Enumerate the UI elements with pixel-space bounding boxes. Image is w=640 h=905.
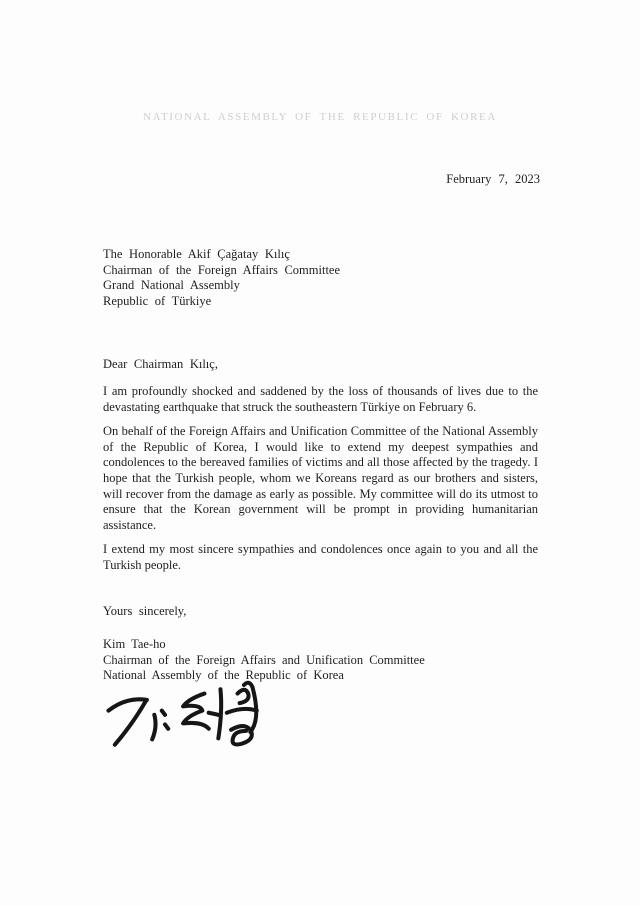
handwritten-signature (101, 678, 261, 756)
letterhead-embossed-text: NATIONAL ASSEMBLY OF THE REPUBLIC OF KOR… (0, 111, 640, 123)
body-paragraph-2: On behalf of the Foreign Affairs and Uni… (103, 424, 538, 533)
letter-date: February 7, 2023 (446, 172, 540, 187)
body-paragraph-3: I extend my most sincere sympathies and … (103, 542, 538, 573)
letter-page: NATIONAL ASSEMBLY OF THE REPUBLIC OF KOR… (0, 0, 640, 905)
recipient-block: The Honorable Akif Çağatay Kılıç Chairma… (103, 247, 340, 309)
signer-block: Kim Tae-ho Chairman of the Foreign Affai… (103, 637, 425, 684)
body-paragraph-1: I am profoundly shocked and saddened by … (103, 384, 538, 415)
recipient-title: Chairman of the Foreign Affairs Committe… (103, 263, 340, 279)
valediction: Yours sincerely, (103, 604, 186, 619)
signer-title: Chairman of the Foreign Affairs and Unif… (103, 653, 425, 669)
signature-ink-icon (101, 678, 261, 756)
salutation: Dear Chairman Kılıç, (103, 357, 218, 372)
signer-name: Kim Tae-ho (103, 637, 425, 653)
recipient-name: The Honorable Akif Çağatay Kılıç (103, 247, 340, 263)
recipient-country: Republic of Türkiye (103, 294, 340, 310)
recipient-assembly: Grand National Assembly (103, 278, 340, 294)
body-paragraphs: I am profoundly shocked and saddened by … (103, 384, 538, 583)
